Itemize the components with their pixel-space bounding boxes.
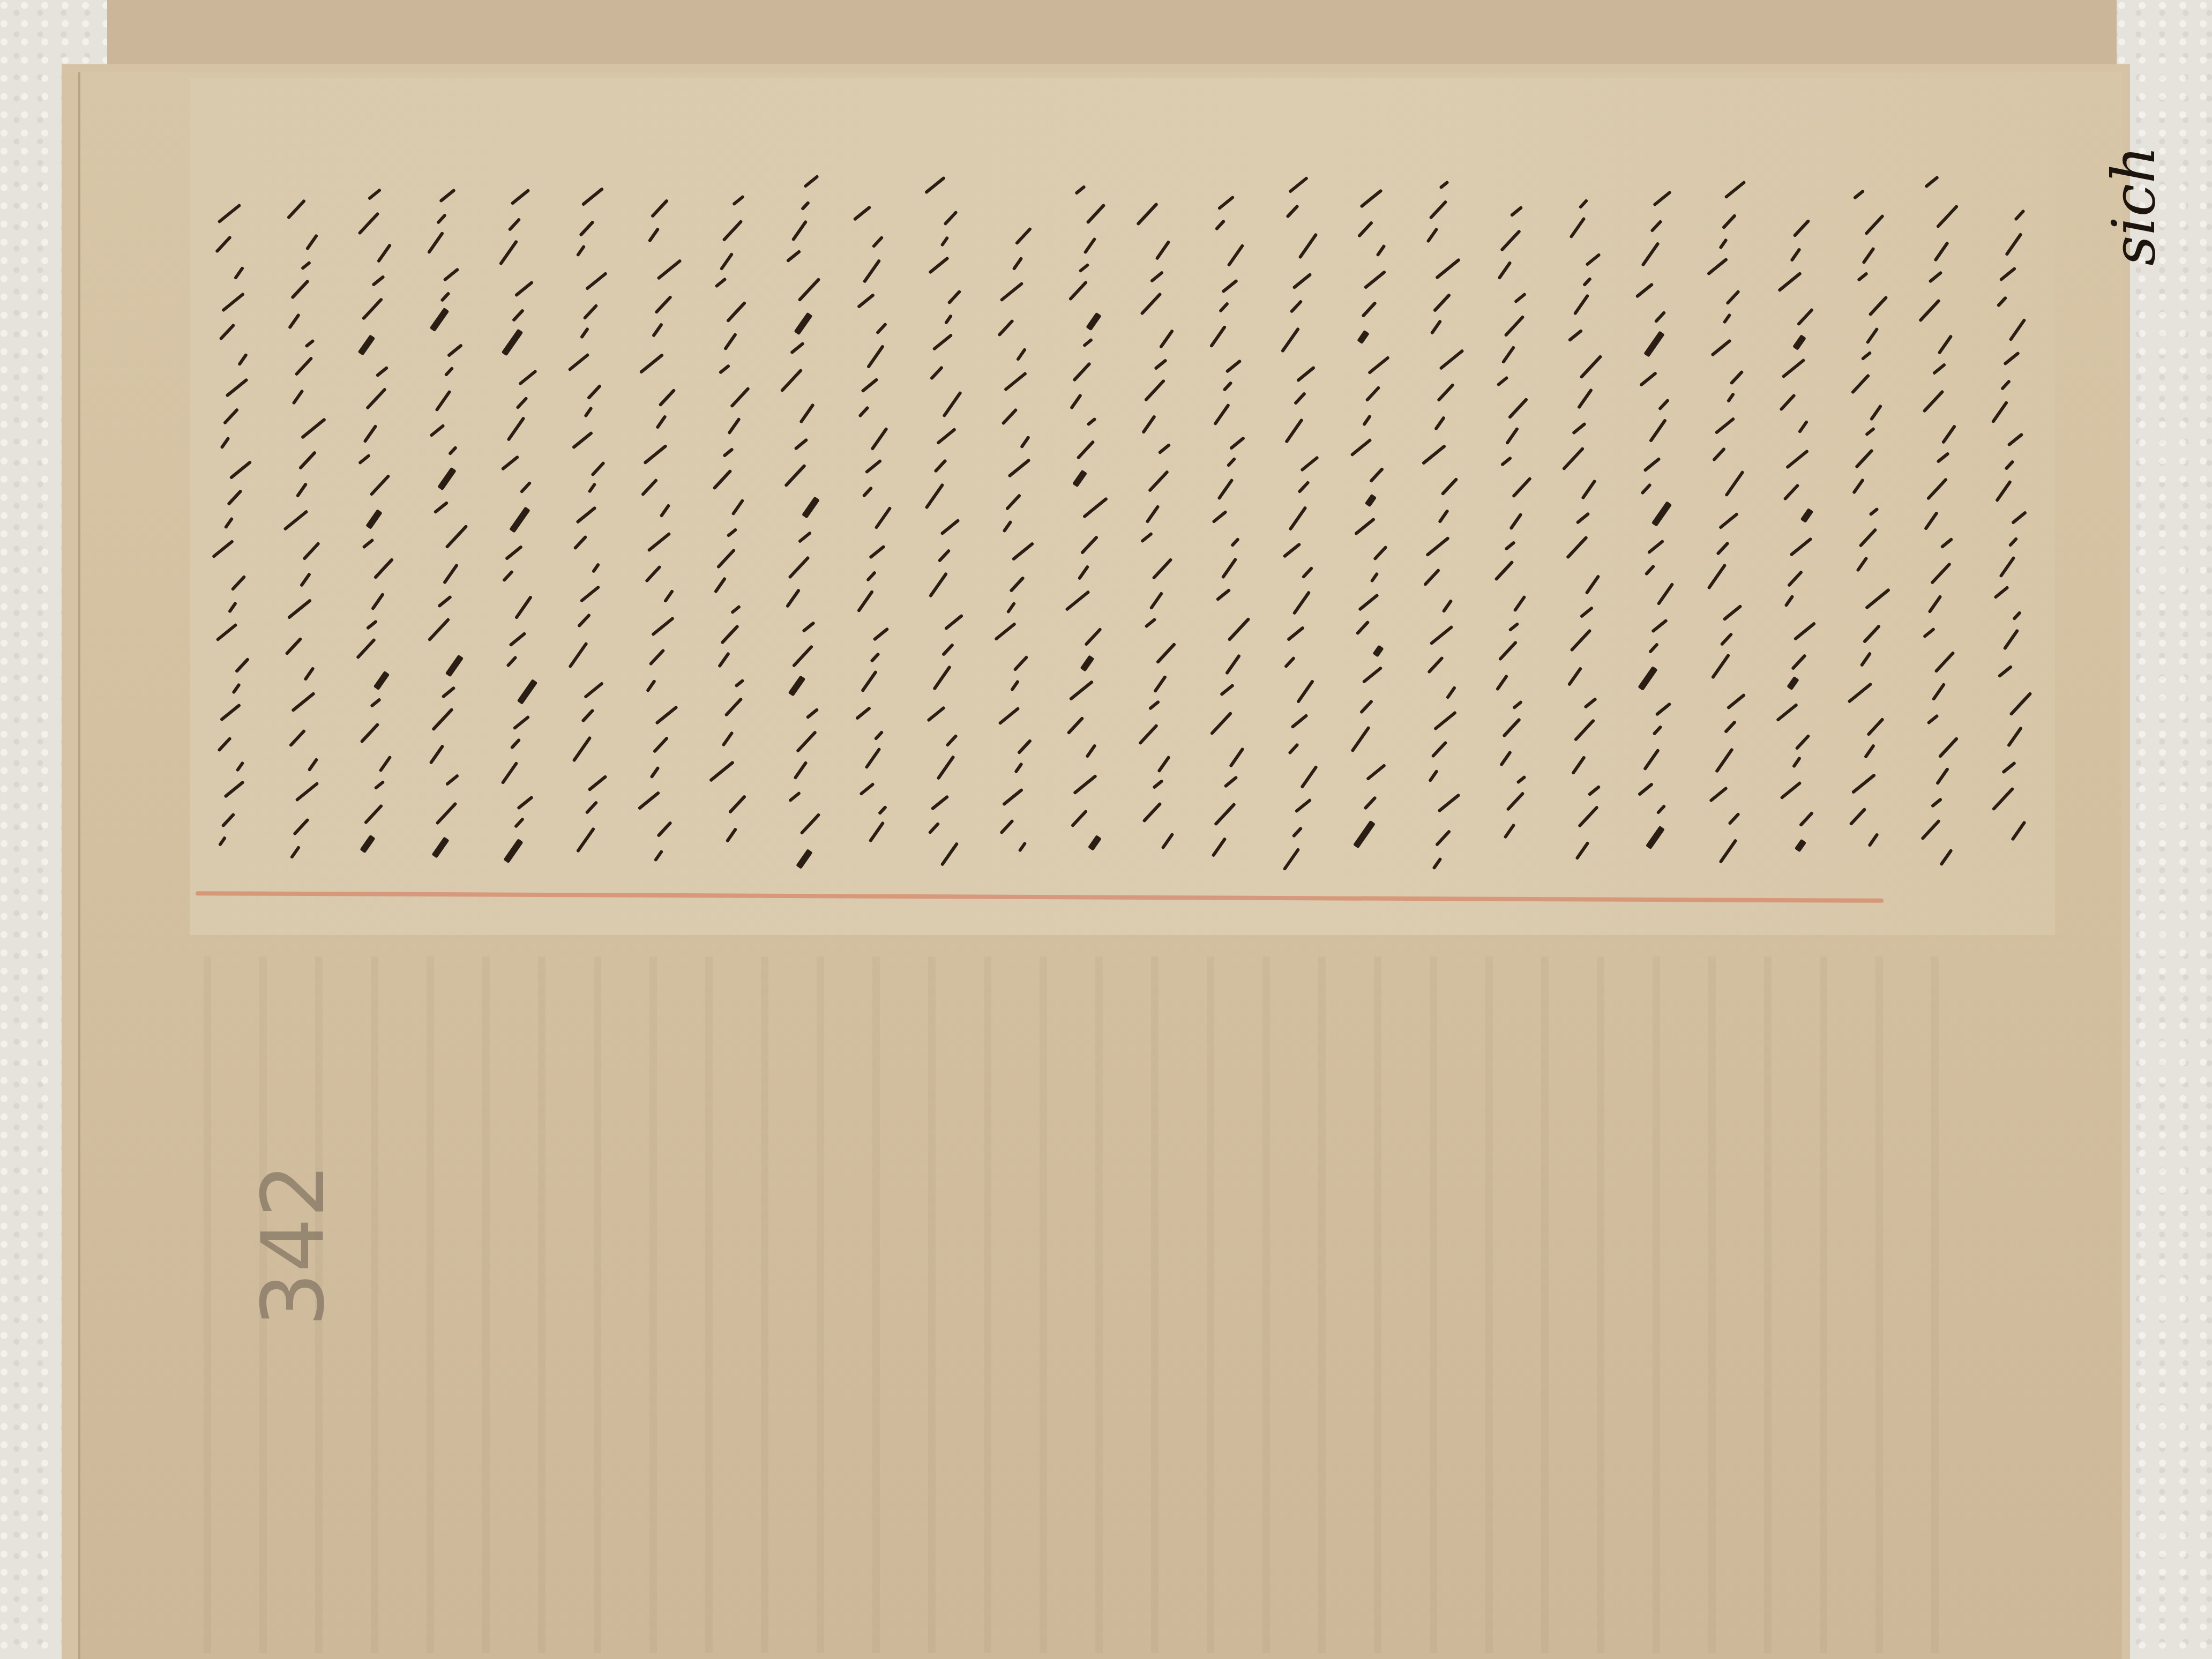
ink-stroke bbox=[506, 655, 517, 667]
ink-stroke bbox=[1853, 189, 1865, 200]
ink-stroke bbox=[1002, 520, 1012, 533]
ink-stroke bbox=[1579, 199, 1589, 209]
handwritten-line bbox=[986, 174, 1045, 914]
ink-stroke bbox=[1656, 804, 1666, 814]
ink-stroke bbox=[999, 819, 1014, 835]
ink-stroke bbox=[368, 188, 382, 200]
ink-stroke bbox=[445, 774, 459, 786]
ink-stroke bbox=[873, 627, 890, 641]
ink-stroke bbox=[858, 406, 869, 417]
ink-stroke bbox=[217, 737, 232, 752]
ink-stroke bbox=[1230, 537, 1240, 548]
handwritten-line bbox=[1626, 131, 1685, 914]
ink-stroke bbox=[2001, 761, 2016, 774]
ink-stroke bbox=[1863, 624, 1881, 644]
ink-stroke bbox=[1005, 494, 1021, 511]
ink-stroke bbox=[730, 387, 750, 408]
ink-stroke bbox=[1722, 313, 1731, 324]
ink-stroke bbox=[1566, 535, 1588, 559]
ink-stroke bbox=[1496, 674, 1508, 691]
ink-stroke bbox=[651, 616, 675, 636]
ink-stroke bbox=[428, 617, 451, 641]
ink-stroke bbox=[1508, 622, 1520, 632]
ink-stroke bbox=[1012, 257, 1023, 271]
ink-stroke bbox=[803, 175, 819, 188]
ink-stroke bbox=[924, 176, 946, 194]
ink-stroke bbox=[1283, 542, 1302, 558]
ink-stroke bbox=[1020, 436, 1030, 449]
ink-stroke bbox=[1643, 457, 1661, 473]
ink-stroke bbox=[1154, 358, 1168, 370]
ink-stroke bbox=[1500, 750, 1513, 766]
ink-stroke bbox=[1795, 734, 1811, 750]
pencil-folio-number: 342 bbox=[243, 1163, 343, 1327]
ink-stroke bbox=[1217, 478, 1234, 500]
ink-stroke bbox=[1011, 542, 1034, 561]
ink-stroke bbox=[1441, 599, 1453, 613]
ink-stroke bbox=[1729, 370, 1744, 385]
ink-stroke bbox=[1426, 227, 1438, 243]
ink-stroke bbox=[1940, 537, 1953, 549]
ink-stroke bbox=[1359, 189, 1382, 208]
ink-stroke bbox=[645, 565, 662, 582]
ink-stroke bbox=[584, 682, 604, 699]
ink-stroke bbox=[587, 384, 602, 400]
ink-stroke bbox=[656, 259, 682, 280]
ink-stroke bbox=[2008, 537, 2019, 547]
ink-stroke bbox=[1072, 362, 1092, 382]
ink-stroke bbox=[1510, 206, 1523, 218]
ink-stroke bbox=[588, 482, 597, 494]
ink-stroke bbox=[731, 498, 744, 515]
catchword: sich bbox=[2099, 146, 2168, 266]
ink-stroke bbox=[1009, 576, 1025, 593]
ink-stroke bbox=[1286, 204, 1300, 219]
ink-stroke bbox=[427, 231, 444, 255]
ink-stroke bbox=[1367, 356, 1390, 375]
ink-stroke bbox=[719, 252, 734, 271]
ink-stroke bbox=[874, 730, 884, 741]
ink-stroke bbox=[1580, 355, 1603, 379]
ink-stroke bbox=[714, 277, 727, 288]
ink-stroke bbox=[1924, 175, 1939, 188]
ink-stroke bbox=[1575, 841, 1589, 860]
ink-stroke bbox=[1425, 536, 1450, 557]
ink-stroke bbox=[1799, 811, 1814, 827]
ink-stroke bbox=[788, 675, 805, 697]
ink-stroke bbox=[499, 240, 518, 265]
ink-stroke bbox=[287, 599, 312, 619]
ink-stroke bbox=[945, 734, 958, 748]
ink-stroke bbox=[379, 755, 392, 772]
ink-stroke bbox=[572, 736, 592, 762]
ink-stroke bbox=[1726, 693, 1745, 709]
ink-stroke bbox=[1229, 747, 1245, 768]
ink-stroke bbox=[944, 314, 953, 325]
ink-stroke bbox=[791, 645, 813, 668]
ink-stroke bbox=[2011, 511, 2027, 525]
ink-stroke bbox=[1432, 857, 1442, 870]
ink-stroke bbox=[591, 461, 606, 477]
ink-stroke bbox=[712, 469, 732, 490]
ink-stroke bbox=[1780, 781, 1802, 800]
ink-stroke bbox=[1995, 480, 2012, 503]
ink-stroke bbox=[215, 235, 232, 253]
ink-stroke bbox=[371, 593, 385, 611]
ink-stroke bbox=[300, 572, 311, 587]
ink-stroke bbox=[1007, 458, 1030, 478]
ink-stroke bbox=[655, 415, 667, 429]
handwritten-line bbox=[346, 131, 405, 914]
ink-stroke bbox=[431, 707, 454, 731]
ink-stroke bbox=[1568, 329, 1583, 342]
ink-stroke bbox=[646, 679, 656, 693]
ink-stroke bbox=[1141, 415, 1156, 434]
ink-stroke bbox=[1296, 679, 1314, 704]
ink-stroke bbox=[215, 623, 237, 642]
ink-stroke bbox=[1576, 512, 1590, 525]
ink-stroke bbox=[1658, 398, 1670, 410]
ink-stroke bbox=[869, 821, 885, 842]
ink-stroke bbox=[588, 775, 608, 792]
ink-stroke bbox=[1357, 221, 1373, 238]
handwritten-line bbox=[1839, 131, 1898, 914]
ink-stroke bbox=[928, 256, 950, 274]
ink-stroke bbox=[576, 244, 586, 257]
ink-stroke bbox=[794, 438, 808, 451]
ink-stroke bbox=[292, 389, 304, 405]
ink-stroke bbox=[1142, 802, 1162, 823]
ink-stroke bbox=[1635, 282, 1654, 298]
ink-stroke bbox=[1992, 787, 2015, 811]
ink-stroke bbox=[719, 364, 730, 375]
ink-stroke bbox=[1222, 381, 1232, 392]
ink-stroke bbox=[2005, 233, 2023, 256]
ink-stroke bbox=[1936, 452, 1950, 464]
ink-stroke bbox=[1852, 478, 1865, 494]
ink-stroke bbox=[360, 722, 380, 743]
ink-stroke bbox=[1431, 741, 1447, 758]
ink-stroke bbox=[573, 535, 588, 550]
ink-stroke bbox=[1654, 311, 1666, 324]
ink-stroke bbox=[283, 510, 308, 531]
ink-stroke bbox=[1357, 330, 1370, 345]
ink-stroke bbox=[1292, 826, 1303, 838]
ink-stroke bbox=[1723, 720, 1736, 734]
ink-stroke bbox=[1792, 756, 1802, 768]
handwritten-line bbox=[630, 153, 689, 914]
ink-stroke bbox=[1079, 263, 1090, 273]
ink-stroke bbox=[224, 517, 234, 529]
ink-stroke bbox=[721, 731, 734, 747]
ink-stroke bbox=[583, 304, 599, 320]
ink-stroke bbox=[875, 506, 892, 530]
ink-stroke bbox=[1718, 839, 1737, 864]
ink-stroke bbox=[928, 822, 940, 835]
ink-stroke bbox=[802, 621, 816, 633]
ink-stroke bbox=[360, 835, 376, 854]
ink-stroke bbox=[1577, 388, 1593, 409]
ink-stroke bbox=[1718, 512, 1739, 529]
ink-stroke bbox=[519, 481, 532, 494]
ink-stroke bbox=[229, 460, 252, 480]
ink-stroke bbox=[1152, 779, 1164, 789]
ink-stroke bbox=[576, 827, 595, 853]
ink-stroke bbox=[1847, 682, 1872, 704]
ink-stroke bbox=[1359, 699, 1373, 714]
ink-stroke bbox=[1728, 812, 1740, 826]
ink-stroke bbox=[2003, 629, 2020, 650]
ink-stroke bbox=[220, 703, 241, 721]
ink-stroke bbox=[1710, 653, 1730, 679]
ink-stroke bbox=[1161, 832, 1175, 849]
ink-stroke bbox=[1372, 645, 1384, 657]
ink-stroke bbox=[936, 755, 955, 780]
ink-stroke bbox=[1350, 438, 1372, 457]
ink-stroke bbox=[1155, 240, 1170, 260]
ink-stroke bbox=[1010, 679, 1020, 691]
ink-stroke bbox=[221, 812, 236, 827]
ink-stroke bbox=[1503, 718, 1522, 738]
ink-stroke bbox=[505, 545, 523, 561]
ink-stroke bbox=[1574, 719, 1596, 742]
ink-stroke bbox=[448, 446, 458, 456]
manuscript-page: 342 sich bbox=[80, 72, 2122, 1659]
handwritten-line bbox=[204, 137, 263, 914]
ink-stroke bbox=[930, 795, 949, 811]
ink-stroke bbox=[1571, 756, 1586, 775]
ink-stroke bbox=[726, 301, 746, 323]
ink-stroke bbox=[2000, 379, 2011, 391]
ink-stroke bbox=[1298, 481, 1310, 494]
ink-stroke bbox=[1294, 392, 1306, 405]
ink-stroke bbox=[1433, 293, 1451, 312]
ink-stroke bbox=[1867, 833, 1879, 847]
ink-stroke bbox=[786, 250, 801, 263]
handwritten-line bbox=[843, 142, 902, 914]
ink-stroke bbox=[1721, 214, 1736, 230]
ink-stroke bbox=[936, 428, 956, 445]
ink-stroke bbox=[1640, 483, 1651, 495]
ink-stroke bbox=[1148, 700, 1160, 711]
ink-stroke bbox=[1429, 625, 1453, 645]
ink-stroke bbox=[1997, 296, 2008, 308]
ink-stroke bbox=[1720, 632, 1733, 646]
ink-stroke bbox=[855, 706, 871, 720]
ink-stroke bbox=[718, 652, 730, 668]
handwritten-line bbox=[915, 137, 974, 914]
ink-stroke bbox=[431, 836, 449, 858]
ink-stroke bbox=[1498, 640, 1518, 661]
ink-stroke bbox=[501, 328, 523, 356]
ink-stroke bbox=[1991, 401, 2008, 424]
ink-stroke bbox=[1498, 261, 1512, 280]
ink-stroke bbox=[857, 293, 875, 309]
ink-stroke bbox=[1928, 271, 1942, 283]
ink-stroke bbox=[1001, 408, 1018, 425]
ink-stroke bbox=[1148, 470, 1169, 492]
ink-stroke bbox=[1849, 808, 1866, 826]
ink-stroke bbox=[1364, 270, 1387, 289]
ink-stroke bbox=[937, 549, 951, 563]
ink-stroke bbox=[870, 427, 888, 451]
ink-stroke bbox=[430, 308, 450, 332]
ink-stroke bbox=[307, 758, 318, 772]
ink-stroke bbox=[1793, 622, 1817, 641]
ink-stroke bbox=[1514, 292, 1527, 303]
ink-stroke bbox=[999, 281, 1023, 302]
ink-stroke bbox=[500, 455, 519, 471]
ink-stroke bbox=[1292, 591, 1311, 615]
ink-stroke bbox=[930, 365, 944, 380]
ink-stroke bbox=[1212, 510, 1227, 524]
ink-stroke bbox=[445, 654, 464, 677]
ink-stroke bbox=[435, 802, 457, 825]
ink-stroke bbox=[1572, 422, 1587, 435]
ink-stroke bbox=[1513, 595, 1527, 612]
ink-stroke bbox=[1370, 572, 1379, 583]
ink-stroke bbox=[1782, 358, 1806, 378]
ink-stroke bbox=[1500, 456, 1512, 467]
handwritten-line bbox=[773, 137, 832, 914]
ink-stroke bbox=[514, 817, 525, 828]
ink-stroke bbox=[1562, 446, 1585, 470]
ink-stroke bbox=[1643, 331, 1665, 357]
ink-stroke bbox=[500, 761, 518, 785]
ink-stroke bbox=[1860, 351, 1872, 361]
handwritten-line bbox=[1341, 126, 1400, 914]
ink-stroke bbox=[358, 334, 376, 356]
ink-stroke bbox=[291, 692, 316, 713]
ink-stroke bbox=[998, 707, 1020, 726]
ink-stroke bbox=[724, 697, 743, 717]
ink-stroke bbox=[654, 849, 664, 862]
ink-stroke bbox=[592, 563, 600, 573]
ink-stroke bbox=[716, 548, 736, 569]
ink-stroke bbox=[356, 638, 376, 660]
ink-stroke bbox=[1512, 477, 1533, 498]
ink-stroke bbox=[861, 378, 879, 393]
ink-stroke bbox=[1435, 829, 1451, 847]
ink-stroke bbox=[726, 528, 737, 538]
ink-stroke bbox=[1639, 371, 1657, 387]
ink-stroke bbox=[1362, 666, 1383, 684]
ink-stroke bbox=[1994, 586, 2009, 599]
ink-stroke bbox=[1787, 570, 1803, 587]
ink-stroke bbox=[1924, 511, 1939, 530]
ink-stroke bbox=[649, 648, 666, 666]
ink-stroke bbox=[1646, 826, 1665, 850]
ink-stroke bbox=[720, 624, 739, 645]
ink-stroke bbox=[1015, 348, 1026, 362]
ink-stroke bbox=[1649, 419, 1667, 443]
handwritten-line bbox=[1768, 163, 1827, 914]
handwritten-line bbox=[417, 137, 476, 914]
ink-stroke bbox=[1725, 290, 1740, 305]
ink-stroke bbox=[443, 267, 460, 282]
ink-stroke bbox=[797, 278, 820, 302]
ink-stroke bbox=[1926, 477, 1948, 500]
ink-stroke bbox=[289, 846, 300, 860]
ink-stroke bbox=[1438, 509, 1449, 524]
ink-stroke bbox=[1350, 726, 1371, 752]
ink-stroke bbox=[1851, 773, 1877, 794]
ink-stroke bbox=[1358, 593, 1379, 611]
ink-stroke bbox=[1157, 756, 1171, 773]
ink-stroke bbox=[1077, 440, 1095, 460]
ink-stroke bbox=[1138, 724, 1159, 745]
ink-stroke bbox=[1067, 716, 1085, 735]
handwritten-line bbox=[1697, 137, 1756, 914]
ink-stroke bbox=[647, 532, 671, 552]
ink-stroke bbox=[234, 266, 244, 280]
ink-stroke bbox=[373, 671, 390, 690]
ink-stroke bbox=[799, 403, 815, 424]
ink-stroke bbox=[1088, 835, 1102, 851]
ink-stroke bbox=[444, 367, 454, 377]
ink-stroke bbox=[1158, 443, 1171, 455]
ink-stroke bbox=[576, 506, 597, 524]
ink-stroke bbox=[1516, 775, 1527, 784]
ink-stroke bbox=[512, 309, 525, 322]
handwritten-lines bbox=[204, 94, 2106, 914]
ink-stroke bbox=[1086, 203, 1106, 224]
ink-stroke bbox=[580, 585, 601, 603]
ink-stroke bbox=[1435, 258, 1461, 280]
ink-stroke bbox=[580, 327, 589, 339]
ink-stroke bbox=[1792, 334, 1806, 350]
ink-stroke bbox=[1938, 737, 1958, 759]
ink-stroke bbox=[502, 570, 514, 582]
ink-stroke bbox=[581, 708, 595, 723]
ink-stroke bbox=[1004, 371, 1027, 391]
ink-stroke bbox=[1787, 676, 1799, 691]
ink-stroke bbox=[429, 424, 445, 437]
ink-stroke bbox=[1221, 279, 1238, 293]
ink-stroke bbox=[437, 467, 457, 491]
ink-stroke bbox=[1923, 627, 1935, 638]
ink-stroke bbox=[1791, 654, 1807, 670]
ink-stroke bbox=[1855, 449, 1874, 469]
ink-stroke bbox=[285, 637, 302, 656]
ink-stroke bbox=[1651, 501, 1672, 527]
ink-stroke bbox=[723, 333, 737, 351]
ink-stroke bbox=[1931, 683, 1946, 701]
ink-stroke bbox=[2007, 432, 2024, 447]
ink-stroke bbox=[362, 297, 384, 320]
ink-stroke bbox=[1226, 457, 1236, 467]
ink-stroke bbox=[1581, 479, 1597, 500]
ink-stroke bbox=[301, 261, 311, 271]
ink-stroke bbox=[643, 444, 668, 465]
ink-stroke bbox=[944, 614, 963, 630]
ink-stroke bbox=[652, 323, 663, 338]
ink-stroke bbox=[1653, 190, 1672, 206]
ink-stroke bbox=[1014, 762, 1023, 773]
ink-stroke bbox=[572, 431, 593, 449]
ink-stroke bbox=[289, 729, 306, 747]
ink-stroke bbox=[2012, 611, 2022, 621]
ink-stroke bbox=[1071, 809, 1088, 827]
ink-stroke bbox=[218, 203, 242, 223]
ink-stroke bbox=[1159, 329, 1174, 349]
ink-stroke bbox=[1281, 327, 1300, 353]
ink-stroke bbox=[1798, 420, 1809, 434]
ink-stroke bbox=[1930, 562, 1952, 585]
ink-stroke bbox=[1209, 711, 1232, 735]
ink-stroke bbox=[1144, 617, 1156, 628]
ink-stroke bbox=[1225, 654, 1241, 675]
